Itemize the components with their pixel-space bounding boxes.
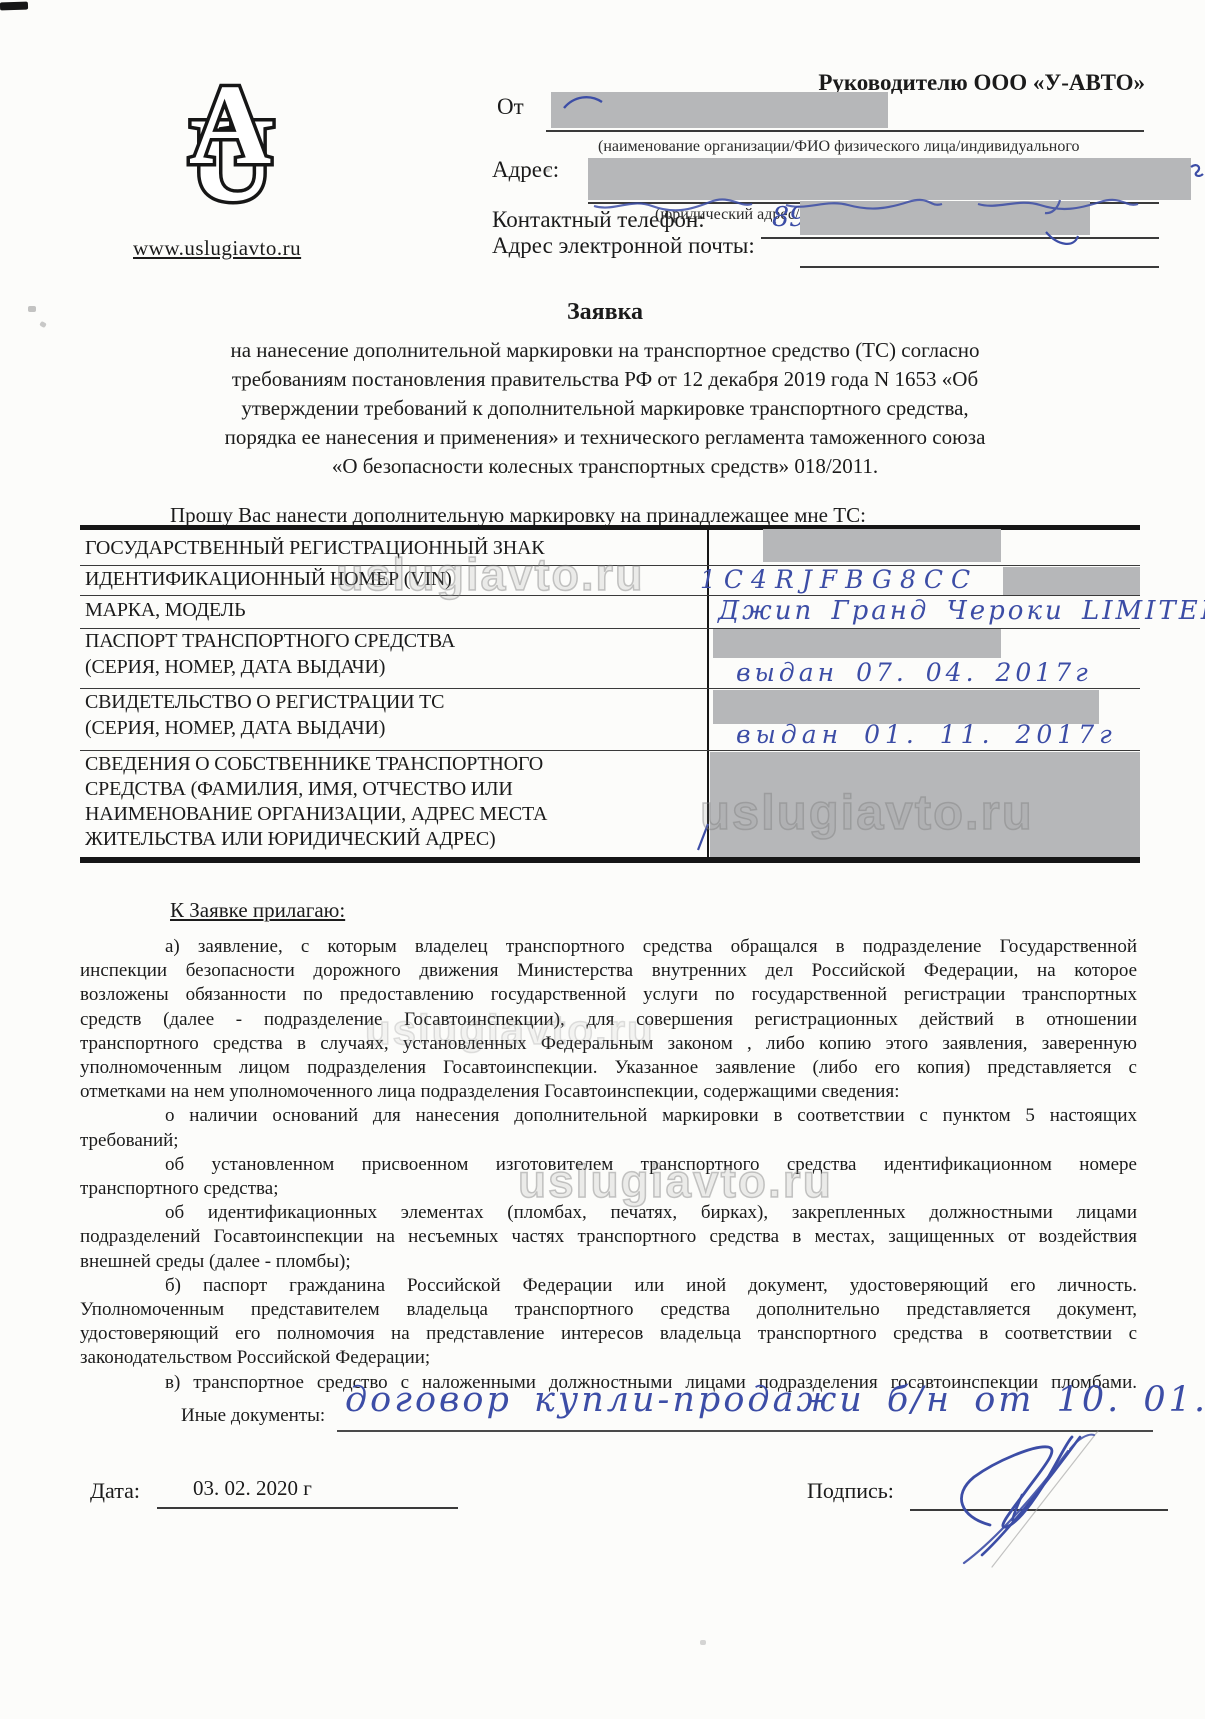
redaction-box (588, 158, 1191, 200)
body-line: требований; (80, 1129, 1137, 1153)
date-value: 03. 02. 2020 г (193, 1476, 312, 1501)
body-line: о наличии оснований для нанесения дополн… (80, 1104, 1137, 1128)
body-line: внешней среды (далее - пломбы); (80, 1250, 1137, 1274)
intro-line: порядка ее нанесения и применения» и тех… (85, 423, 1125, 452)
intro-line: утверждении требований к дополнительной … (85, 394, 1125, 423)
from-line (546, 130, 1144, 132)
table-row-label: МАРКА, МОДЕЛЬ (85, 599, 245, 622)
table-row-label: (СЕРИЯ, НОМЕР, ДАТА ВЫДАЧИ) (85, 717, 385, 740)
make-model-handwritten-value: Джип Гранд Чероки LIMITED (718, 596, 1205, 626)
watermark: uslugiavto.ru (518, 1154, 833, 1208)
table-row-label: ЖИТЕЛЬСТВА ИЛИ ЮРИДИЧЕСКИЙ АДРЕС) (85, 828, 495, 851)
scan-artifact (700, 1640, 706, 1645)
signature (930, 1425, 1135, 1575)
email-label: Адрес электронной почты: (492, 233, 755, 259)
table-row-label: ПАСПОРТ ТРАНСПОРТНОГО СРЕДСТВА (85, 630, 455, 653)
watermark: uslugiavto.ru (336, 549, 645, 601)
scan-artifact (39, 321, 47, 328)
date-line (157, 1507, 458, 1509)
body-line: отметками на нем уполномоченного лица по… (80, 1080, 1137, 1104)
handwriting-stroke (1040, 230, 1080, 252)
phone-line (761, 237, 1159, 239)
handwriting-stroke (1189, 160, 1205, 180)
intro-line: на нанесение дополнительной маркировки н… (85, 336, 1125, 365)
website-link: www.uslugiavto.ru (133, 236, 301, 261)
from-label: От (497, 94, 524, 120)
table-row-label: (СЕРИЯ, НОМЕР, ДАТА ВЫДАЧИ) (85, 656, 385, 679)
watermark: uslugiavto.ru (700, 785, 1034, 841)
table-bottom-border (80, 857, 1140, 863)
redaction-box (713, 690, 1099, 724)
body-line: законодательством Российской Федерации; (80, 1346, 1137, 1370)
attachments-heading: К Заявке прилагаю: (170, 898, 345, 923)
vin-handwritten-value: 1C4RJFBG8CC (700, 565, 978, 594)
other-documents-handwritten-value: договор купли-продажи б/н от 10. 01. 202… (345, 1380, 1205, 1420)
scan-artifact (0, 2, 28, 11)
intro-line: требованиям постановления правительства … (85, 365, 1125, 394)
table-row-label: НАИМЕНОВАНИЕ ОРГАНИЗАЦИИ, АДРЕС МЕСТА (85, 803, 547, 826)
au-logo-icon: U A (148, 60, 313, 217)
watermark: uslugiavto.ru (365, 1006, 655, 1054)
other-documents-label: Иные документы: (181, 1405, 325, 1427)
redaction-box (1003, 567, 1140, 595)
redaction-box (763, 529, 1001, 562)
date-label: Дата: (90, 1478, 140, 1504)
body-line: уполномоченным лицом подразделения Госав… (80, 1056, 1137, 1080)
from-caption: (наименование организации/ФИО физическог… (598, 138, 1079, 156)
body-line: подразделений Госавтоинспекции на несъем… (80, 1225, 1137, 1249)
table-row-label: СВЕДЕНИЯ О СОБСТВЕННИКЕ ТРАНСПОРТНОГО (85, 753, 543, 776)
company-logo: U A (148, 60, 313, 217)
intro-line: «О безопасности колесных транспортных ср… (85, 452, 1125, 481)
body-line: а) заявление, с которым владелец транспо… (80, 935, 1137, 959)
intro-paragraph: на нанесение дополнительной маркировки н… (85, 336, 1125, 481)
body-line: б) паспорт гражданина Российской Федерац… (80, 1274, 1137, 1298)
signature-label: Подпись: (807, 1478, 894, 1504)
table-row-label: СВИДЕТЕЛЬСТВО О РЕГИСТРАЦИИ ТС (85, 691, 444, 714)
body-line: инспекции безопасности дорожного движени… (80, 959, 1137, 983)
scan-artifact (545, 168, 550, 172)
handwriting-stroke (590, 196, 1148, 216)
body-line: удостоверяющий его полномочия на предста… (80, 1322, 1137, 1346)
table-row-label: СРЕДСТВА (ФАМИЛИЯ, ИМЯ, ОТЧЕСТВО ИЛИ (85, 778, 513, 801)
document-title: Заявка (85, 299, 1125, 326)
table-row-line (80, 750, 1140, 751)
pts-date-handwritten-value: выдан 07. 04. 2017г (736, 658, 1092, 687)
sts-date-handwritten-value: выдан 01. 11. 2017г (736, 720, 1117, 749)
email-line (800, 266, 1159, 268)
redaction-box (713, 629, 1001, 658)
body-line: Уполномоченным представителем владельца … (80, 1298, 1137, 1322)
body-line: возложены обязанности по предоставлению … (80, 983, 1137, 1007)
logo-letter-a: A (189, 61, 271, 188)
table-row-line (80, 688, 1140, 689)
scanned-application-document: U A www.uslugiavto.ru Руководителю ООО «… (0, 0, 1205, 1719)
scan-artifact (28, 306, 36, 312)
handwriting-stroke (560, 92, 606, 112)
